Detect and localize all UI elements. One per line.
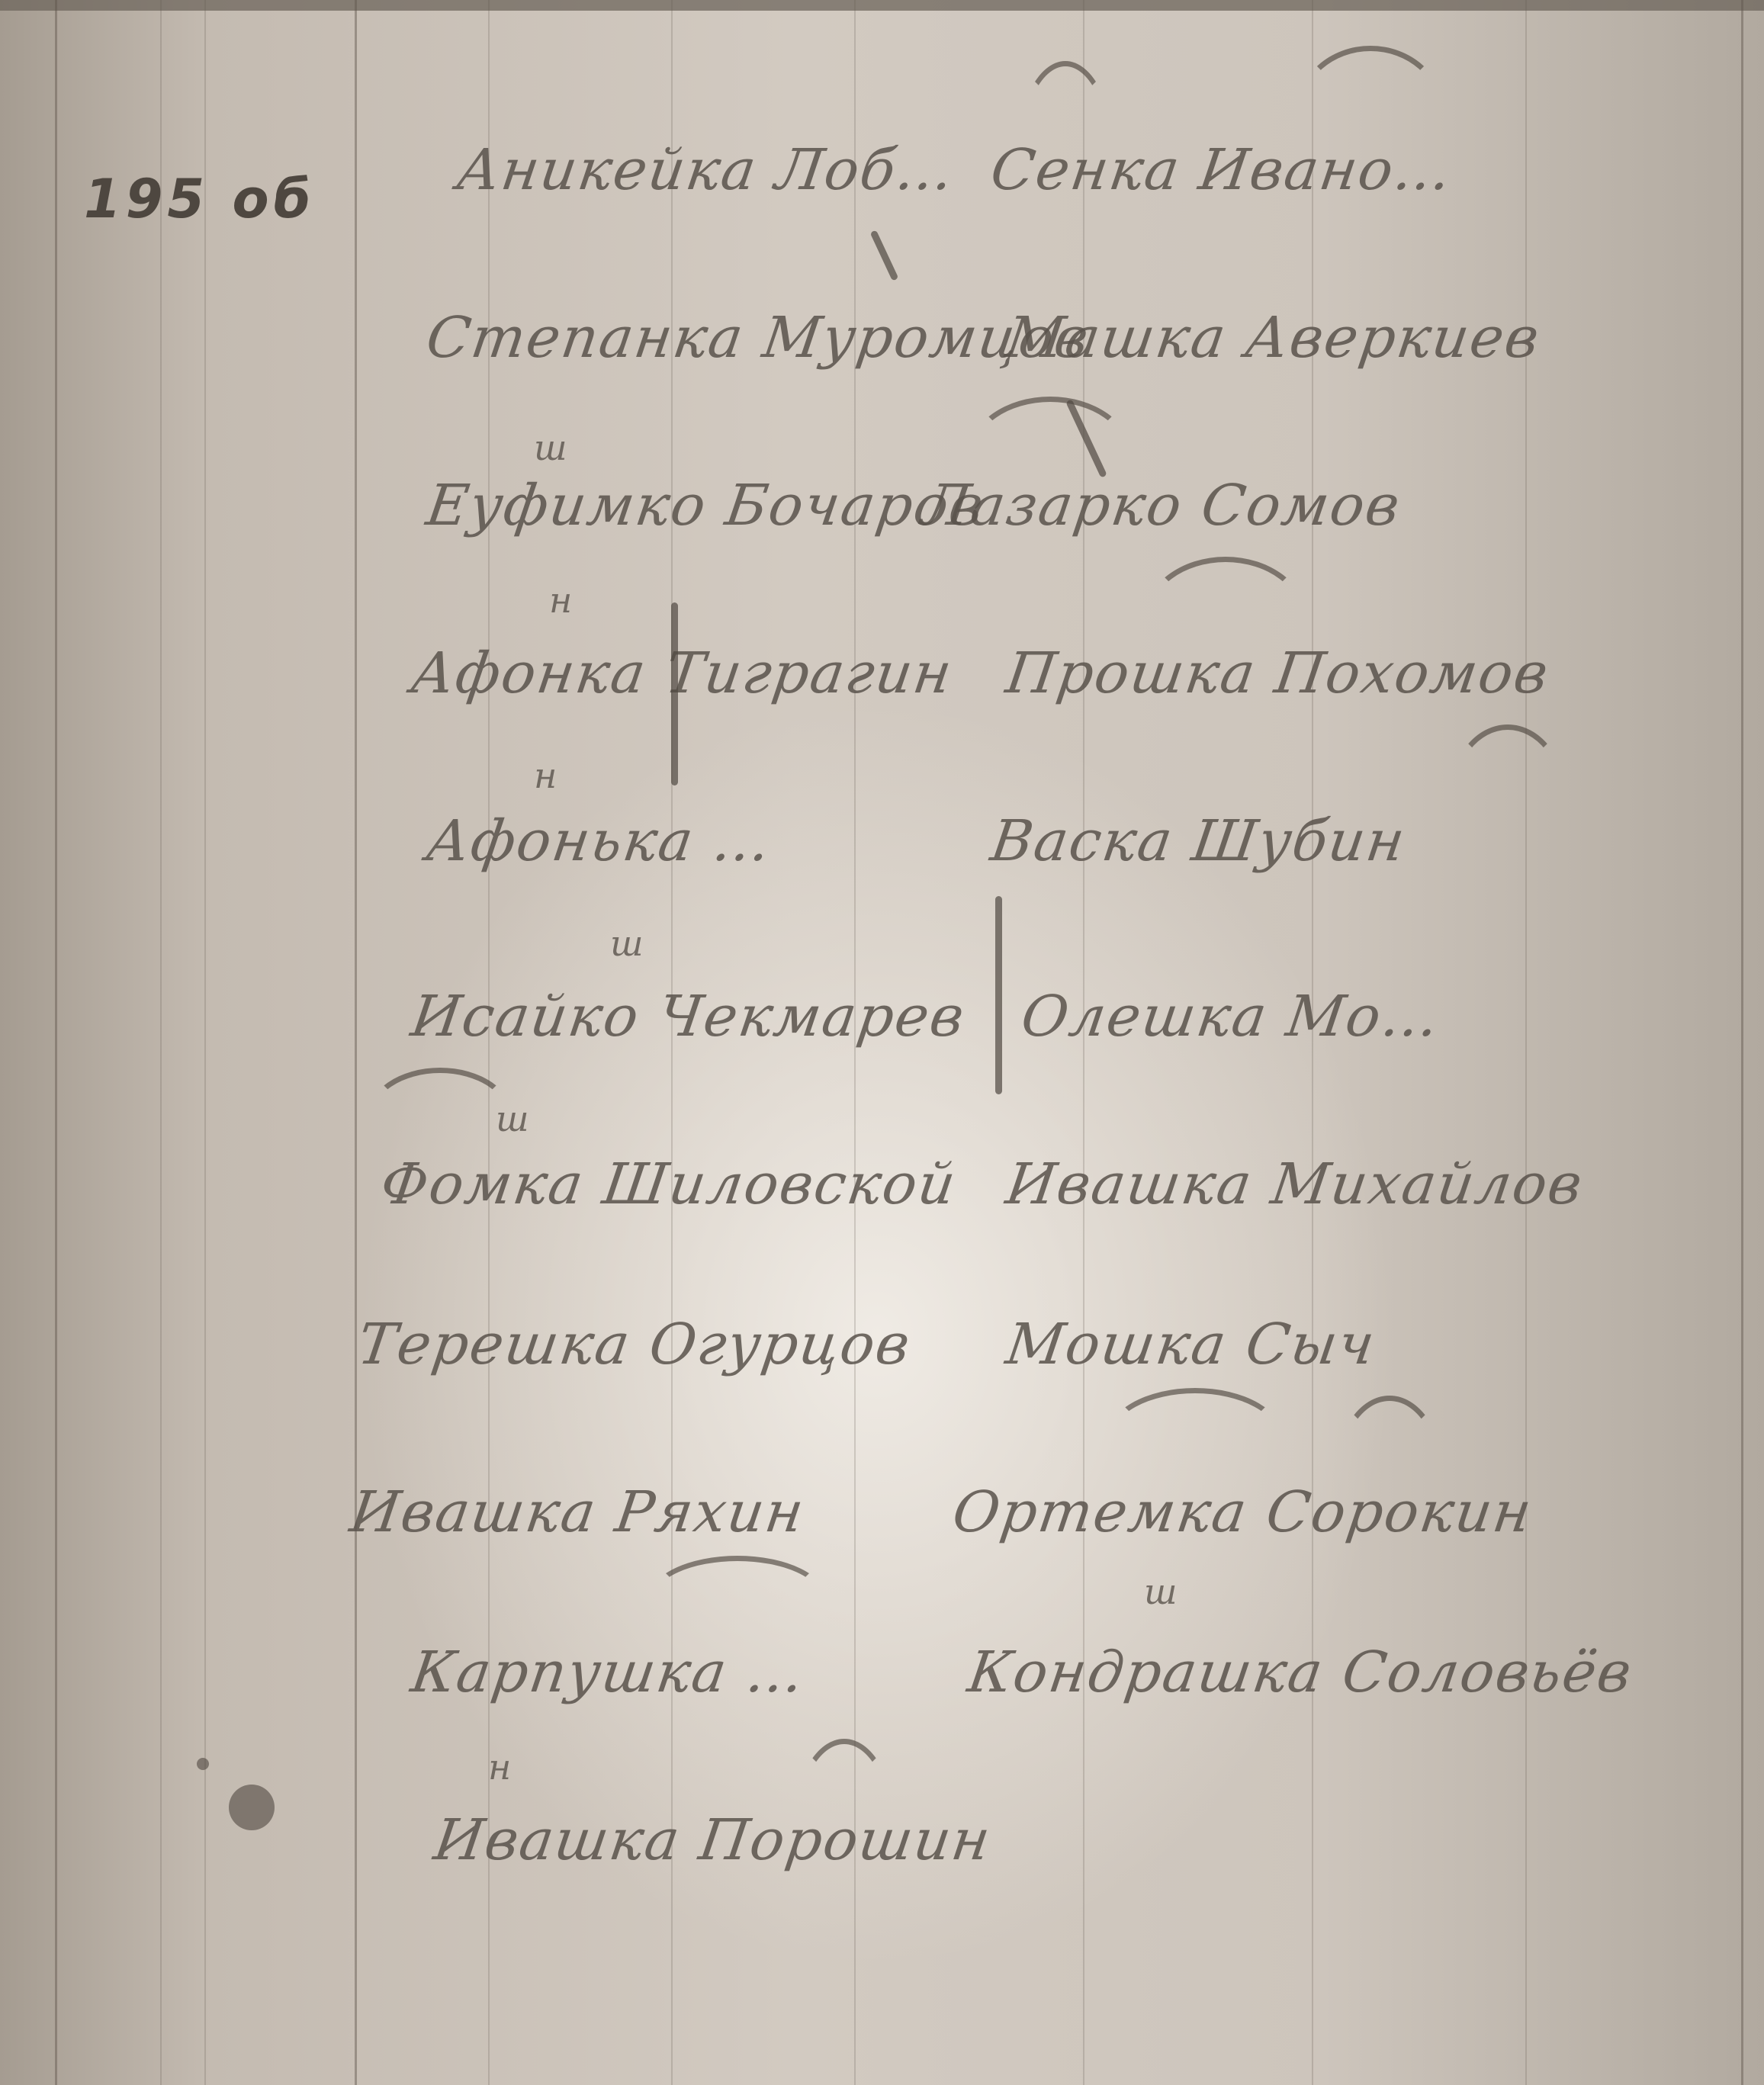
flourish-stroke xyxy=(648,1556,827,1643)
entry-right: Ивашка Михайлов xyxy=(1002,1152,1587,1217)
entry-left: Степанка Муромцов xyxy=(423,305,1094,371)
superscript-mark: ш xyxy=(1144,1571,1178,1612)
flourish-stroke xyxy=(1106,1388,1284,1490)
entry-right: Мошка Сыч xyxy=(1002,1312,1380,1377)
superscript-mark: н xyxy=(488,1746,511,1788)
entry-left: Исайко Чекмарев xyxy=(407,984,969,1049)
flourish-stroke xyxy=(1449,724,1566,872)
flourish-stroke xyxy=(1144,557,1307,682)
entry-right: Ортемка Сорокин xyxy=(949,1479,1537,1545)
entry-left: Афонька … xyxy=(423,808,776,874)
ink-stroke xyxy=(995,896,1002,1094)
superscript-mark: ш xyxy=(610,923,644,964)
superscript-mark: ш xyxy=(534,427,567,468)
flourish-stroke xyxy=(969,397,1132,514)
entry-left: Карпушка … xyxy=(407,1640,809,1705)
ink-blot xyxy=(197,1758,209,1770)
entry-left: Ивашка Порошин xyxy=(430,1807,995,1873)
flourish-stroke xyxy=(366,1068,514,1170)
entry-left: Афонка Тиграгин xyxy=(407,641,957,706)
ink-stroke xyxy=(671,602,678,785)
ink-blot xyxy=(229,1785,275,1830)
entry-right: Васка Шубин xyxy=(987,808,1410,874)
entry-right: Кондрашка Соловьёв xyxy=(964,1640,1637,1705)
flourish-stroke xyxy=(793,1739,895,1917)
manuscript-page: 195 об Аникейка Лоб… Сенка Ивано… Степан… xyxy=(0,0,1764,2085)
entry-right: Машка Аверкиев xyxy=(1002,305,1544,371)
entry-left: Ивашка Ряхин xyxy=(346,1479,809,1545)
flourish-stroke xyxy=(1335,1396,1444,1559)
flourish-stroke xyxy=(1014,61,1117,270)
entry-right: Олешка Мо… xyxy=(1017,984,1444,1049)
superscript-mark: н xyxy=(549,580,572,621)
entry-left: Еуфимко Бочаров xyxy=(423,473,988,538)
entry-left: Терешка Огурцов xyxy=(354,1312,915,1377)
superscript-mark: н xyxy=(534,755,557,796)
entry-left: Аникейка Лоб… xyxy=(453,137,959,203)
flourish-stroke xyxy=(1296,46,1444,178)
